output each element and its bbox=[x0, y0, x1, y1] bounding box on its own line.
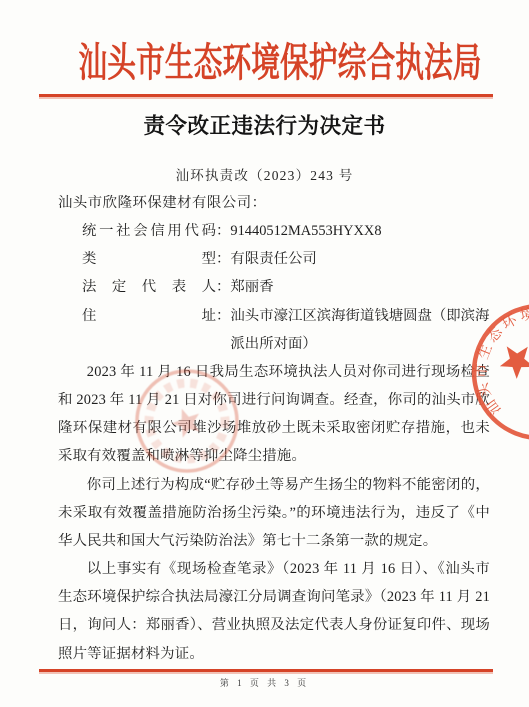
info-label: 统一社会信用代码 bbox=[82, 217, 216, 245]
info-colon: ： bbox=[216, 273, 230, 301]
letterhead-divider-rule bbox=[39, 94, 493, 97]
info-value: 有限责任公司 bbox=[230, 245, 490, 273]
letterhead-text: 汕头市生态环境保护综合执法局 bbox=[78, 40, 481, 86]
info-label: 住址 bbox=[82, 302, 216, 358]
info-colon: ： bbox=[216, 245, 230, 273]
faint-star-icon bbox=[168, 404, 205, 440]
info-row-credit-code: 统一社会信用代码： 91440512MA553HYXX8 bbox=[58, 217, 490, 245]
document-title: 责令改正违法行为决定书 bbox=[0, 109, 529, 140]
info-label: 类型 bbox=[82, 245, 216, 273]
info-row-legal-representative: 法定代表人： 郑丽香 bbox=[58, 273, 490, 301]
info-colon: ： bbox=[216, 217, 230, 245]
info-row-company-type: 类型： 有限责任公司 bbox=[58, 245, 490, 273]
info-label: 法定代表人 bbox=[82, 273, 216, 301]
footer-divider-rule bbox=[39, 669, 493, 672]
scanned-document-page: 汕头市生态环境保护综合执法局 责令改正违法行为决定书 汕环执责改（2023）24… bbox=[0, 0, 529, 707]
paragraph-evidence-list: 以上事实有《现场检查笔录》（2023 年 11 月 16 日）、《汕头市生态环境… bbox=[58, 555, 490, 668]
addressee-line: 汕头市欣隆环保建材有限公司： bbox=[58, 189, 490, 217]
document-number: 汕环执责改（2023）243 号 bbox=[0, 164, 529, 184]
info-row-address: 住址： 汕头市濠江区滨海街道钱塘圆盘（即滨海派出所对面） bbox=[58, 302, 490, 358]
info-value: 91440512MA553HYXX8 bbox=[230, 217, 490, 245]
faint-round-seal bbox=[117, 351, 257, 491]
page-number-indicator: 第 1 页 共 3 页 bbox=[0, 676, 529, 689]
letterhead-bureau-title: 汕头市生态环境保护综合执法局 bbox=[0, 40, 529, 86]
official-bureau-seal: 汕头市生态环境保护综合执法局 bbox=[440, 272, 529, 472]
info-colon: ： bbox=[216, 302, 230, 358]
